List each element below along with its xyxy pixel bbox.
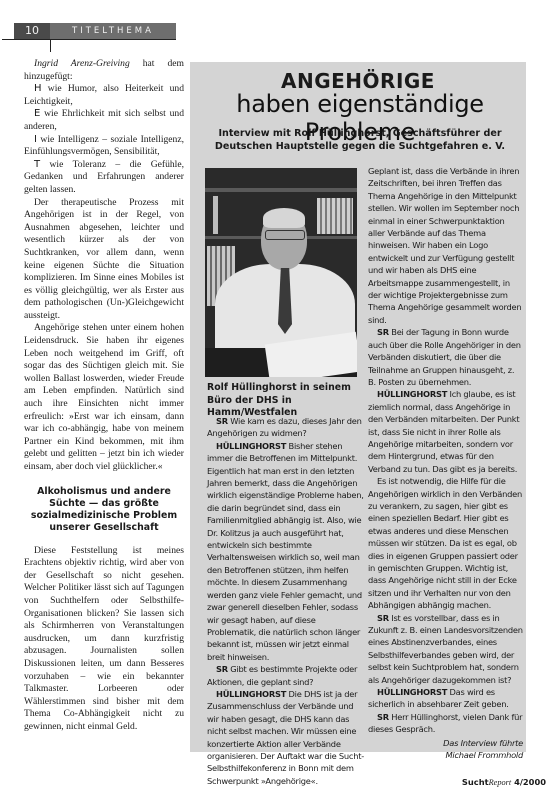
portrait-photo [205,168,357,377]
article-kicker: ANGEHÖRIGE [190,71,526,91]
header-rule [2,39,176,40]
bookshelf [205,188,357,192]
article-deck: Interview mit Rolf Hüllinghorst, Geschäf… [200,127,520,153]
interview-answer: HÜLLINGHORST Das wird es sicherlich in a… [368,686,523,711]
list-item-i: I wie Intelligenz – soziale Intelligenz,… [24,134,184,159]
body-paragraph: Angehörige stehen unter einem hohen Leid… [24,322,184,473]
books [317,198,353,234]
list-item-e: E wie Ehrlichkeit mit sich selbst und an… [24,108,184,133]
interview-question: SR Ist es vorstellbar, dass es in Zukunf… [368,612,523,686]
interview-answer: HÜLLINGHORST Bisher stehen immer die Bet… [207,440,365,663]
left-column: Ingrid Arenz-Greiving hat dem hinzugefüg… [24,58,184,734]
interview-answer: Es ist notwendig, die Hilfe für die Ange… [368,475,523,611]
list-item-h: H wie Humor, also Heiterkeit und Leichti… [24,83,184,108]
page-number: 10 [14,23,50,39]
section-title: TITELTHEMA [72,23,154,39]
interview-question: SR Wie kam es dazu, dieses Jahr den Ange… [207,415,365,440]
interview-closing: SR Herr Hüllinghorst, vielen Dank für di… [368,711,523,736]
interview-column-middle: SR Wie kam es dazu, dieses Jahr den Ange… [207,415,365,787]
interview-answer: HÜLLINGHORST Ich glaube, es ist ziemlich… [368,388,523,475]
book [213,196,218,234]
interview-question: SR Bei der Tagung in Bonn wurde auch übe… [368,326,523,388]
interview-answer-continued: Geplant ist, dass die Verbände in ihren … [368,165,523,326]
subheading: Alkoholismus und andere Süchte — das grö… [30,486,178,534]
intro-paragraph: Ingrid Arenz-Greiving hat dem hinzugefüg… [24,58,184,83]
list-item-t: T wie Toleranz – die Gefühle, Gedanken u… [24,159,184,197]
photo-caption: Rolf Hüllinghorst in seinem Büro der DHS… [207,382,367,420]
magazine-footer: SuchtReport 4/2000 [440,777,546,787]
hair [263,208,305,228]
interview-question: SR Gibt es bestimmte Projekte oder Aktio… [207,663,365,688]
glasses [265,230,305,240]
intro-author: Ingrid Arenz-Greiving [34,58,130,69]
header-vertical-rule [50,39,51,52]
body-paragraph: Diese Feststellung ist meines Erachtens … [24,545,184,734]
interview-credit: Das Interview führte Michael Frommhold [368,737,523,762]
interview-answer: HÜLLINGHORST Die DHS ist ja der Zusammen… [207,688,365,787]
interview-column-right: Geplant ist, dass die Verbände in ihren … [368,165,523,762]
body-paragraph: Der therapeutische Prozess mit Angehörig… [24,197,184,323]
